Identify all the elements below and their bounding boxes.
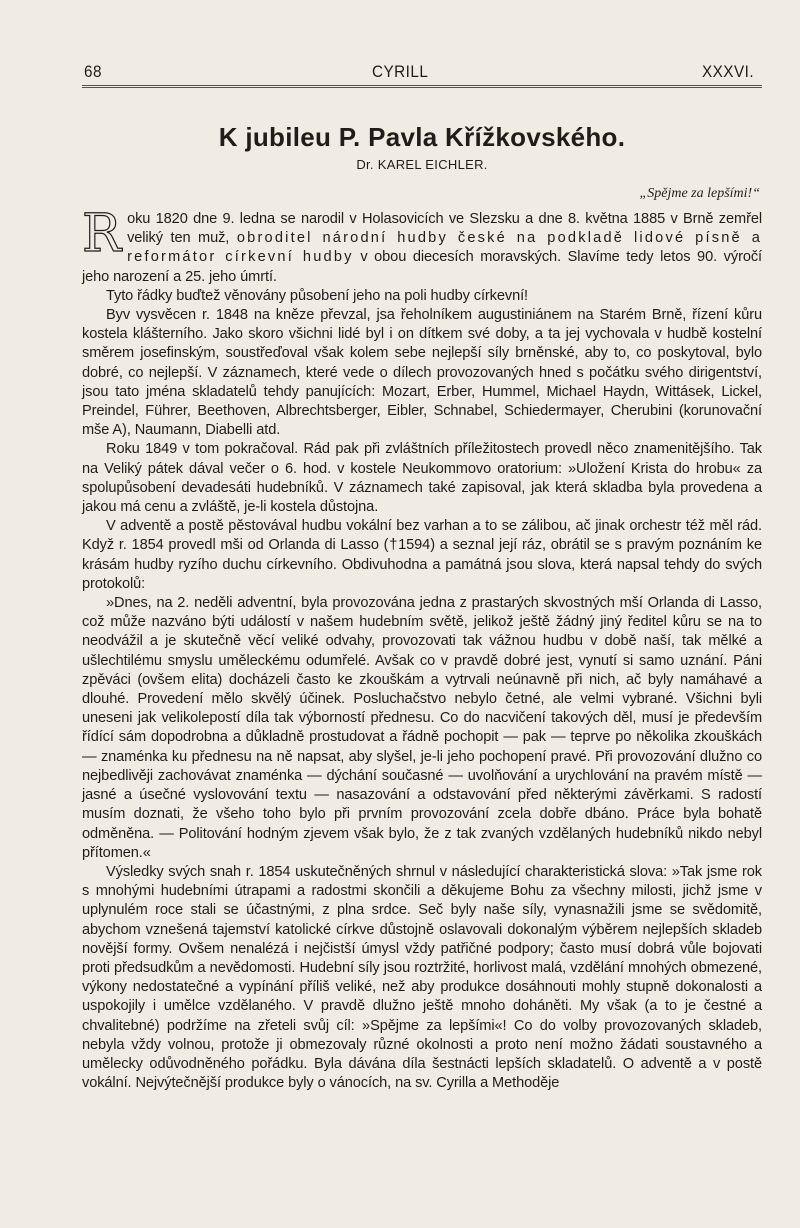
article-author: Dr. KAREL EICHLER. bbox=[82, 157, 762, 172]
volume-number: XXXVI. bbox=[702, 62, 754, 82]
article-body: Roku 1820 dne 9. ledna se narodil v Hola… bbox=[82, 210, 762, 1093]
paragraph: Tyto řádky buďtež věnovány působení jeho… bbox=[82, 287, 762, 306]
running-head: 68 CYRILL XXXVI. bbox=[82, 60, 762, 88]
paragraph: Roku 1820 dne 9. ledna se narodil v Hola… bbox=[82, 210, 762, 287]
article-title: K jubileu P. Pavla Křížkovského. bbox=[82, 122, 762, 153]
paragraph: Roku 1849 v tom pokračoval. Rád pak při … bbox=[82, 440, 762, 517]
paragraph: Výsledky svých snah r. 1854 uskutečněnýc… bbox=[82, 863, 762, 1093]
article-motto: „Spějme za lepšími!“ bbox=[82, 186, 762, 202]
page-number: 68 bbox=[84, 62, 102, 82]
document-page: 68 CYRILL XXXVI. K jubileu P. Pavla Kříž… bbox=[82, 60, 762, 1093]
paragraph: V adventě a postě pěstovával hudbu vokál… bbox=[82, 517, 762, 594]
paragraph: Byv vysvěcen r. 1848 na kněze převzal, j… bbox=[82, 306, 762, 440]
drop-cap: R bbox=[82, 212, 121, 252]
paragraph: »Dnes, na 2. neděli adventní, byla provo… bbox=[82, 594, 762, 863]
journal-name: CYRILL bbox=[372, 62, 428, 82]
